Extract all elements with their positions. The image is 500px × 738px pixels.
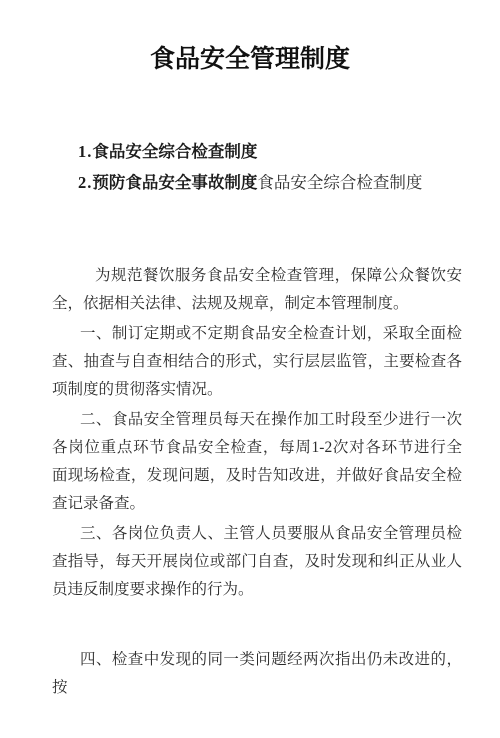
document-body: 为规范餐饮服务食品安全检查管理，保障公众餐饮安 全，依据相关法律、法规及规章，制… xyxy=(52,262,462,702)
toc-item-2-number: 2. xyxy=(78,173,92,192)
paragraph-item-4: 四、检查中发现的同一类问题经两次指出仍未改进的， 按 xyxy=(52,646,462,702)
toc-item-2-label-suffix: 食品安全综合检查制度 xyxy=(257,173,422,192)
paragraph-item-2: 二、食品安全管理员每天在操作加工时段至少进行一次 各岗位重点环节食品安全检查，每… xyxy=(52,406,462,518)
toc-item-2-label: 预防食品安全事故制度 xyxy=(92,173,257,192)
toc-item-1-number: 1. xyxy=(78,142,92,161)
toc-item-1: 1.食品安全综合检查制度 xyxy=(78,136,462,167)
toc-list: 1.食品安全综合检查制度 2.预防食品安全事故制度食品安全综合检查制度 xyxy=(78,136,462,198)
document-title: 食品安全管理制度 xyxy=(0,0,500,74)
paragraph-intro: 为规范餐饮服务食品安全检查管理，保障公众餐饮安 全，依据相关法律、法规及规章，制… xyxy=(52,262,462,318)
toc-item-1-label: 食品安全综合检查制度 xyxy=(92,142,257,161)
document-page: 食品安全管理制度 1.食品安全综合检查制度 2.预防食品安全事故制度食品安全综合… xyxy=(0,0,500,738)
toc-item-2: 2.预防食品安全事故制度食品安全综合检查制度 xyxy=(78,167,462,198)
paragraph-item-3: 三、各岗位负责人、主管人员要服从食品安全管理员检 查指导，每天开展岗位或部门自查… xyxy=(52,520,462,604)
paragraph-item-1: 一、制订定期或不定期食品安全检查计划，采取全面检 查、抽查与自查相结合的形式，实… xyxy=(52,320,462,404)
